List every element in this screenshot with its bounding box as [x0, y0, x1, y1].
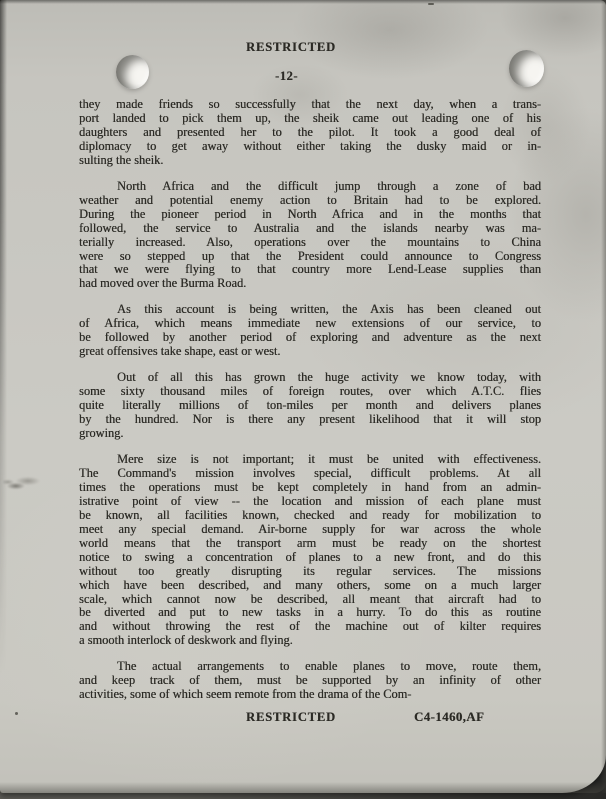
text-line: diplomacy to get away without either tak…	[79, 140, 541, 154]
paragraph: North Africa and the difficult jump thro…	[79, 180, 541, 292]
document-body: they made friends so successfully that t…	[79, 98, 541, 702]
paragraph: As this account is being written, the Ax…	[79, 303, 541, 359]
text-line: meet any special demand. Air-borne suppl…	[79, 523, 541, 537]
text-line: Out of all this has grown the huge activ…	[79, 371, 541, 385]
paper-right-edge-shadow	[601, 0, 606, 793]
paper-bottom-edge-shadow	[0, 782, 606, 793]
text-line: some sixty thousand miles of foreign rou…	[79, 385, 541, 399]
text-line: had moved over the Burma Road.	[79, 277, 541, 291]
document-page: RESTRICTED -12- they made friends so suc…	[0, 0, 606, 793]
text-line: During the pioneer period in North Afric…	[79, 208, 541, 222]
text-line: growing.	[79, 427, 541, 441]
text-line: of Africa, which means immediate new ext…	[79, 317, 541, 331]
text-line: great offensives take shape, east or wes…	[79, 345, 541, 359]
text-line: and keep track of them, must be supporte…	[79, 674, 541, 688]
paragraph: Out of all this has grown the huge activ…	[79, 371, 541, 441]
footer-classification: RESTRICTED	[246, 710, 336, 725]
text-line: without too greatly disrupting its regul…	[79, 565, 541, 579]
paper-speck	[15, 712, 18, 715]
text-line: weather and potential enemy action to Br…	[79, 194, 541, 208]
text-line: notice to swing a concentration of plane…	[79, 551, 541, 565]
text-line: be diverted and put to new tasks in a hu…	[79, 606, 541, 620]
text-line: quite literally millions of ton-miles pe…	[79, 399, 541, 413]
page-number: -12-	[275, 69, 298, 84]
paper-speck	[428, 3, 434, 5]
paper-left-edge-shadow	[0, 0, 7, 793]
text-line: were so stepped up that the President co…	[79, 250, 541, 264]
text-line: world means that the transport arm must …	[79, 537, 541, 551]
text-line: they made friends so successfully that t…	[79, 98, 541, 112]
paper-top-edge-shadow	[0, 0, 606, 4]
text-line: by the hundred. Nor is there any present…	[79, 413, 541, 427]
text-line: be followed by another period of explori…	[79, 331, 541, 345]
text-line: times the operations must be kept comple…	[79, 481, 541, 495]
text-line: activities, some of which seem remote fr…	[79, 688, 541, 702]
text-line: The actual arrangements to enable planes…	[79, 660, 541, 674]
text-line: a smooth interlock of deskwork and flyin…	[79, 634, 541, 648]
text-line: scale, which cannot now be described, al…	[79, 593, 541, 607]
text-line: sulting the sheik.	[79, 154, 541, 168]
text-line: followed, the service to Australia and t…	[79, 222, 541, 236]
ink-smudge	[3, 474, 43, 494]
text-line: As this account is being written, the Ax…	[79, 303, 541, 317]
header-classification: RESTRICTED	[246, 40, 336, 55]
footer-document-code: C4-1460,AF	[414, 710, 484, 725]
text-line: North Africa and the difficult jump thro…	[79, 180, 541, 194]
punch-hole-left	[116, 55, 149, 89]
punch-hole-right	[509, 50, 544, 87]
text-line: that we were flying to that country more…	[79, 263, 541, 277]
text-line: port landed to pick them up, the sheik c…	[79, 112, 541, 126]
text-line: terially increased. Also, operations ove…	[79, 236, 541, 250]
paragraph: they made friends so successfully that t…	[79, 98, 541, 168]
text-line: istrative point of view -- the location …	[79, 495, 541, 509]
text-line: and without throwing the rest of the mac…	[79, 620, 541, 634]
text-line: daughters and presented her to the pilot…	[79, 126, 541, 140]
text-line: Mere size is not important; it must be u…	[79, 453, 541, 467]
text-line: The Command's mission involves special, …	[79, 467, 541, 481]
paragraph: Mere size is not important; it must be u…	[79, 453, 541, 648]
paragraph: The actual arrangements to enable planes…	[79, 660, 541, 702]
text-line: be known, all facilities known, checked …	[79, 509, 541, 523]
text-line: which have been described, and many othe…	[79, 579, 541, 593]
